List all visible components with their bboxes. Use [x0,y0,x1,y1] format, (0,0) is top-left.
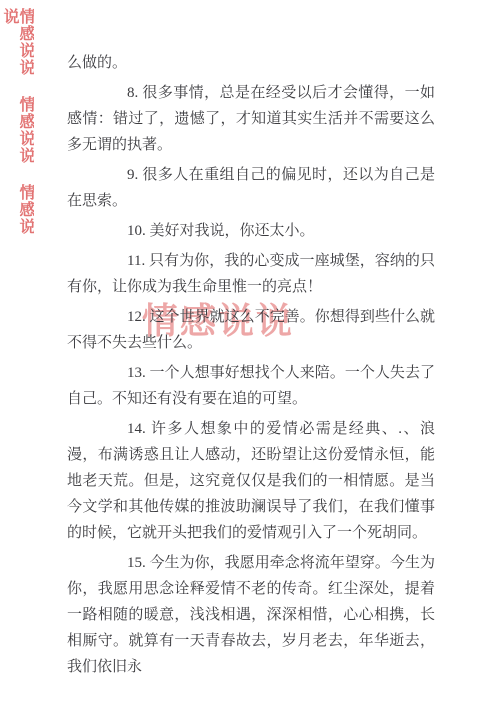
paragraph-item-14: 14. 许多人想象中的爱情必需是经典、.、浪漫，布满诱惑且让人感动，还盼望让这份… [67,416,435,546]
paragraph-continuation: 么做的。 [67,50,435,76]
paragraph-item-13: 13. 一个人想事好想找个人来陪。一个人失去了自己。不知还有没有要在追的可望。 [67,360,435,412]
paragraph-item-12: 12. 这个世界就这么不完善。你想得到些什么就不得不失去些什么。 [67,304,435,356]
paragraph-item-9: 9. 很多人在重组自己的偏见时，还以为自己是在思索。 [67,162,435,214]
paragraph-item-10: 10. 美好对我说，你还太小。 [67,218,435,244]
paragraph-item-15: 15. 今生为你，我愿用牵念将流年望穿。今生为你，我愿用思念诠释爱情不老的传奇。… [67,550,435,680]
left-vertical-watermark: 情感说说 情感说说 情感说说 [2,8,34,250]
document-page: 情感说说 情感说说 情感说说 情感说说 么做的。 8. 很多事情，总是在经受以后… [0,0,500,708]
article-body: 么做的。 8. 很多事情，总是在经受以后才会懂得，一如感情：错过了，遗憾了，才知… [67,50,435,684]
paragraph-item-8: 8. 很多事情，总是在经受以后才会懂得，一如感情：错过了，遗憾了，才知道其实生活… [67,80,435,158]
paragraph-item-11: 11. 只有为你，我的心变成一座城堡，容纳的只有你，让你成为我生命里惟一的亮点！ [67,248,435,300]
